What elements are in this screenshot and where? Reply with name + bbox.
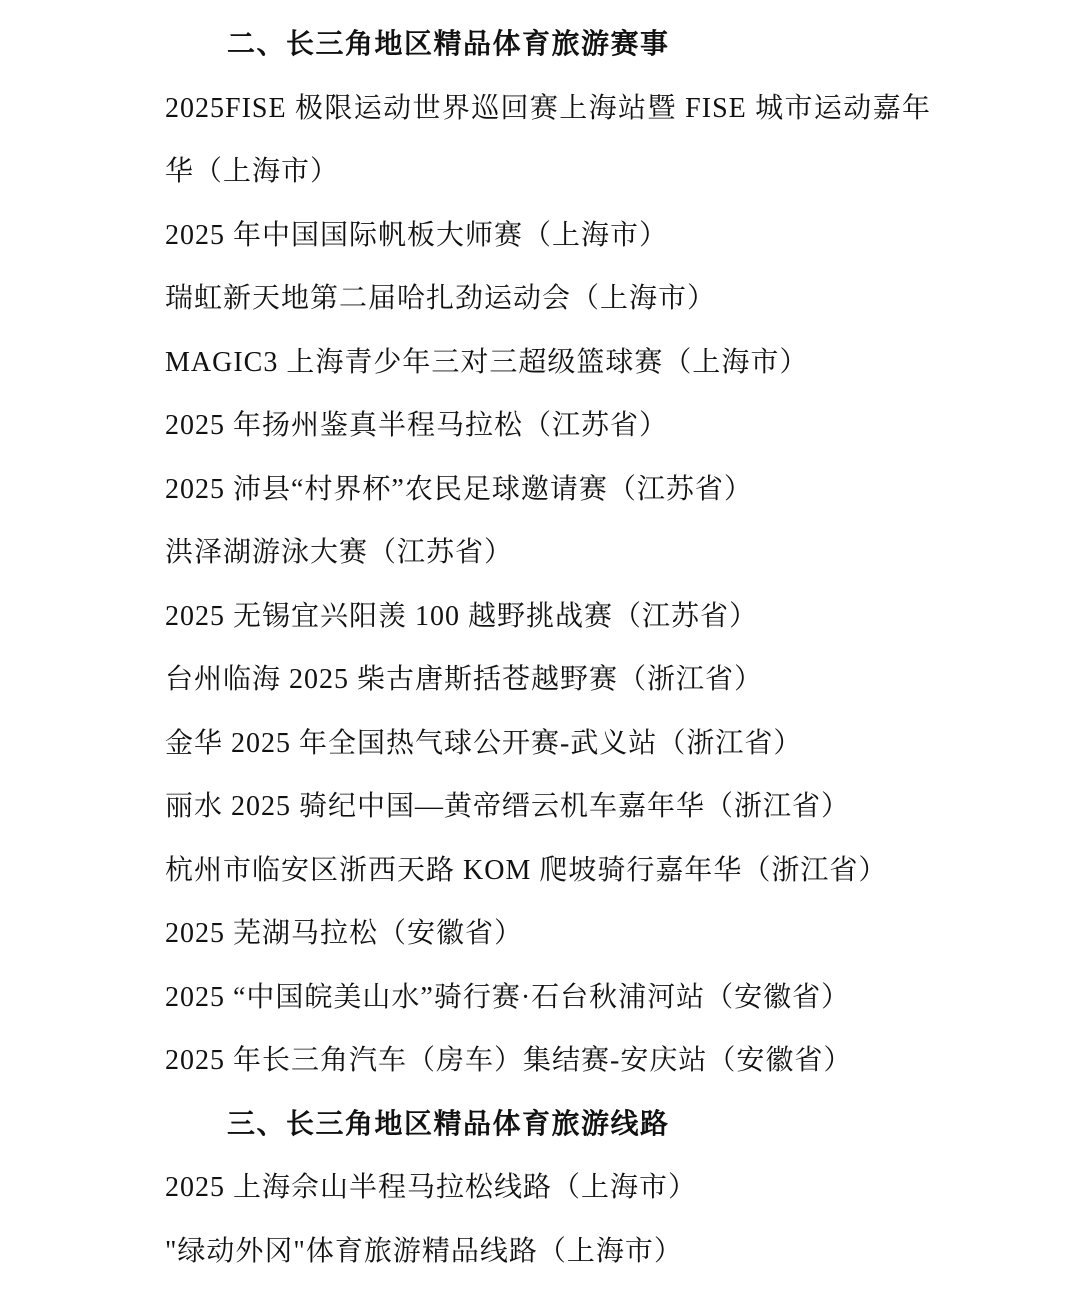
event-line: 洪泽湖游泳大赛（江苏省）	[165, 521, 931, 585]
section-heading: 三、长三角地区精品体育旅游线路	[165, 1093, 931, 1157]
event-line: 2025 年扬州鉴真半程马拉松（江苏省）	[165, 394, 931, 458]
event-line: 丽水 2025 骑纪中国—黄帝缙云机车嘉年华（浙江省）	[165, 775, 931, 839]
event-line: MAGIC3 上海青少年三对三超级篮球赛（上海市）	[165, 331, 931, 395]
event-line: 2025 无锡宜兴阳羡 100 越野挑战赛（江苏省）	[165, 585, 931, 649]
event-line: 杭州市临安区浙西天路 KOM 爬坡骑行嘉年华（浙江省）	[165, 839, 931, 903]
event-line: 金华 2025 年全国热气球公开赛-武义站（浙江省）	[165, 712, 931, 776]
event-line: 2025 “中国皖美山水”骑行赛·石台秋浦河站（安徽省）	[165, 966, 931, 1030]
document-page: 二、长三角地区精品体育旅游赛事2025FISE 极限运动世界巡回赛上海站暨 FI…	[0, 0, 1080, 1292]
event-line: 2025 上海佘山半程马拉松线路（上海市）	[165, 1156, 931, 1220]
event-line: 瑞虹新天地第二届哈扎劲运动会（上海市）	[165, 267, 931, 331]
event-line: 华（上海市）	[165, 140, 931, 204]
event-line: 台州临海 2025 柴古唐斯括苍越野赛（浙江省）	[165, 648, 931, 712]
document-text-block: 二、长三角地区精品体育旅游赛事2025FISE 极限运动世界巡回赛上海站暨 FI…	[165, 13, 931, 1283]
section-heading: 二、长三角地区精品体育旅游赛事	[165, 13, 931, 77]
event-line: 2025 年中国国际帆板大师赛（上海市）	[165, 204, 931, 268]
event-line: 2025FISE 极限运动世界巡回赛上海站暨 FISE 城市运动嘉年	[165, 77, 931, 141]
event-line: "绿动外冈"体育旅游精品线路（上海市）	[165, 1220, 931, 1284]
event-line: 2025 芜湖马拉松（安徽省）	[165, 902, 931, 966]
event-line: 2025 沛县“村界杯”农民足球邀请赛（江苏省）	[165, 458, 931, 522]
event-line: 2025 年长三角汽车（房车）集结赛-安庆站（安徽省）	[165, 1029, 931, 1093]
